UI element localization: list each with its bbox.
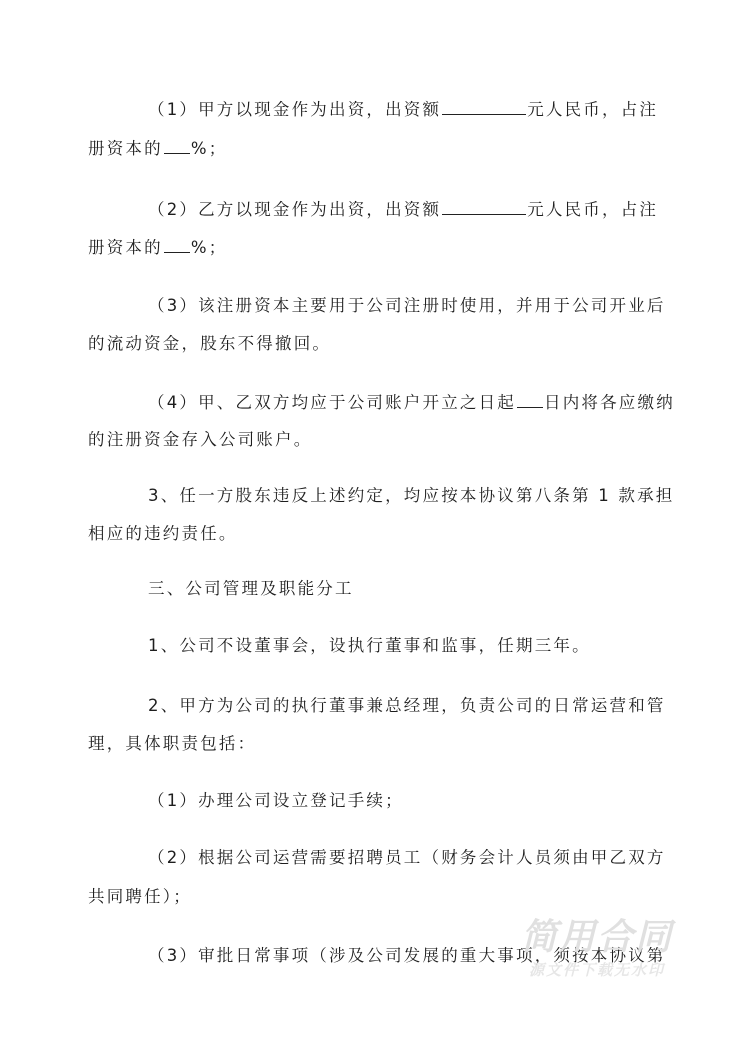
- paragraph-line: （3）审批日常事项（涉及公司发展的重大事项，须按本协议第: [148, 945, 666, 967]
- text-segment: 元人民币，占注: [527, 200, 658, 219]
- paragraph-line: 相应的违约责任。: [88, 523, 238, 545]
- paragraph-line: 的注册资金存入公司账户。: [88, 429, 312, 451]
- paragraph-line: 共同聘任）；: [88, 886, 192, 908]
- text-segment: 日内将各应缴纳: [544, 393, 675, 412]
- fill-in-blank: [164, 137, 190, 154]
- text-segment: %；: [191, 139, 228, 158]
- text-segment: 册资本的: [88, 139, 163, 158]
- paragraph-line: （3）该注册资本主要用于公司注册时使用，并用于公司开业后: [148, 295, 666, 317]
- text-segment: （4）甲、乙双方均应于公司账户开立之日起: [148, 393, 516, 412]
- fill-in-blank: [164, 236, 190, 253]
- paragraph-line: 册资本的%；: [88, 236, 227, 259]
- fill-in-blank: [442, 98, 526, 115]
- paragraph-line: 理，具体职责包括：: [88, 733, 256, 755]
- fill-in-blank: [517, 391, 543, 408]
- paragraph-line: （1）甲方以现金作为出资，出资额元人民币，占注: [148, 98, 658, 121]
- text-segment: %；: [191, 238, 228, 257]
- fill-in-blank: [442, 198, 526, 215]
- text-segment: 册资本的: [88, 238, 163, 257]
- text-segment: （1）甲方以现金作为出资，出资额: [148, 100, 441, 119]
- paragraph-line: 2、甲方为公司的执行董事兼总经理，负责公司的日常运营和管: [148, 695, 666, 717]
- paragraph-line: 的流动资金，股东不得撤回。: [88, 333, 331, 355]
- paragraph-line: （4）甲、乙双方均应于公司账户开立之日起日内将各应缴纳: [148, 391, 675, 414]
- paragraph-line: 册资本的%；: [88, 137, 227, 160]
- paragraph-line: （2）乙方以现金作为出资，出资额元人民币，占注: [148, 198, 658, 221]
- paragraph-line: （1）办理公司设立登记手续；: [148, 790, 404, 812]
- text-segment: 元人民币，占注: [527, 100, 658, 119]
- document-page: （1）甲方以现金作为出资，出资额元人民币，占注 册资本的%； （2）乙方以现金作…: [0, 0, 742, 1049]
- paragraph-line: （2）根据公司运营需要招聘员工（财务会计人员须由甲乙双方: [148, 847, 666, 869]
- paragraph-line: 1、公司不设董事会，设执行董事和监事，任期三年。: [148, 635, 591, 657]
- text-segment: （2）乙方以现金作为出资，出资额: [148, 200, 441, 219]
- paragraph-line: 3、任一方股东违反上述约定，均应按本协议第八条第 1 款承担: [148, 485, 675, 507]
- section-heading: 三、公司管理及职能分工: [148, 578, 354, 600]
